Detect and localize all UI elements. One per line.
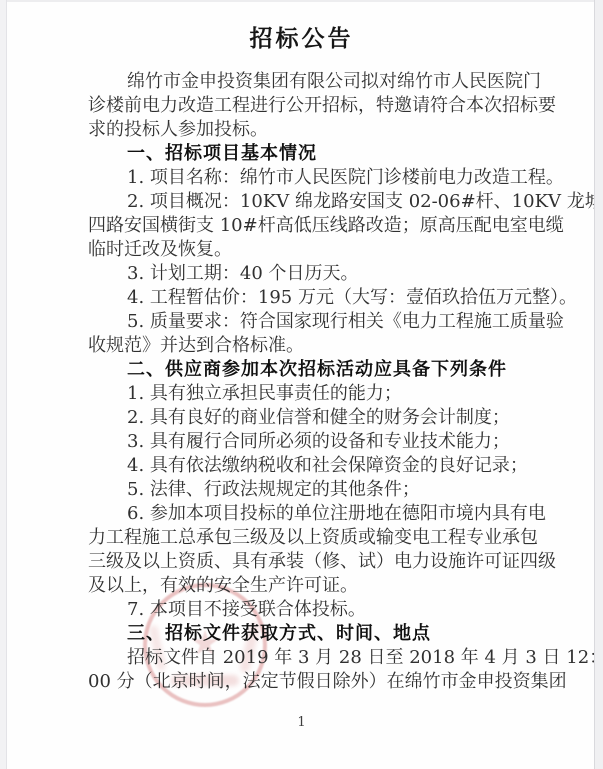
text-line: 力工程施工总承包三级及以上资质或输变电工程专业承包: [88, 526, 548, 550]
text-line: 1. 项目名称：绵竹市人民医院门诊楼前电力改造工程。: [88, 166, 548, 190]
scan-right-margin: [594, 0, 603, 769]
text-line: 三级及以上资质、具有承装（修、试）电力设施许可证四级: [88, 550, 548, 574]
text-line: 临时迁改及恢复。: [88, 238, 548, 262]
text-line: 5. 质量要求：符合国家现行相关《电力工程施工质量验: [88, 310, 548, 334]
document-body: 绵竹市金申投资集团有限公司拟对绵竹市人民医院门 诊楼前电力改造工程进行公开招标，…: [88, 70, 548, 694]
text-line: 及以上，有效的安全生产许可证。: [88, 574, 548, 598]
text-line: 00 分（北京时间，法定节假日除外）在绵竹市金申投资集团: [88, 670, 548, 694]
text-line: 诊楼前电力改造工程进行公开招标，特邀请符合本次招标要: [88, 94, 548, 118]
section-heading: 二、供应商参加本次招标活动应具备下列条件: [88, 358, 548, 382]
text-line: 求的投标人参加投标。: [88, 118, 548, 142]
text-line: 5. 法律、行政法规规定的其他条件；: [88, 478, 548, 502]
text-line: 1. 具有独立承担民事责任的能力；: [88, 382, 548, 406]
page-number: 1: [0, 715, 603, 730]
document-title: 招标公告: [0, 20, 603, 53]
text-line: 6. 参加本项目投标的单位注册地在德阳市境内具有电: [88, 502, 548, 526]
text-line: 3. 计划工期：40 个日历天。: [88, 262, 548, 286]
scan-top-edge: [0, 0, 603, 2]
text-line: 绵竹市金申投资集团有限公司拟对绵竹市人民医院门: [88, 70, 548, 94]
text-line: 7. 本项目不接受联合体投标。: [88, 598, 548, 622]
text-line: 收规范》并达到合格标准。: [88, 334, 548, 358]
text-line: 4. 具有依法缴纳税收和社会保障资金的良好记录；: [88, 454, 548, 478]
section-heading: 一、招标项目基本情况: [88, 142, 548, 166]
text-line: 2. 具有良好的商业信誉和健全的财务会计制度；: [88, 406, 548, 430]
section-heading: 三、招标文件获取方式、时间、地点: [88, 622, 548, 646]
text-line: 3. 具有履行合同所必须的设备和专业技术能力；: [88, 430, 548, 454]
text-line: 4. 工程暂估价：195 万元（大写：壹佰玖拾伍万元整）。: [88, 286, 548, 310]
text-line: 2. 项目概况：10KV 绵龙路安国支 02-06#杆、10KV 龙城: [88, 190, 548, 214]
scan-left-margin: [0, 0, 7, 769]
text-line: 四路安国横街支 10#杆高低压线路改造；原高压配电室电缆: [88, 214, 548, 238]
text-line: 招标文件自 2019 年 3 月 28 日至 2018 年 4 月 3 日 12…: [88, 646, 548, 670]
scanned-document-page: 招标公告 ★ 绵竹市金申投资集团有限公司拟对绵竹市人民医院门 诊楼前电力改造工程…: [0, 0, 603, 769]
